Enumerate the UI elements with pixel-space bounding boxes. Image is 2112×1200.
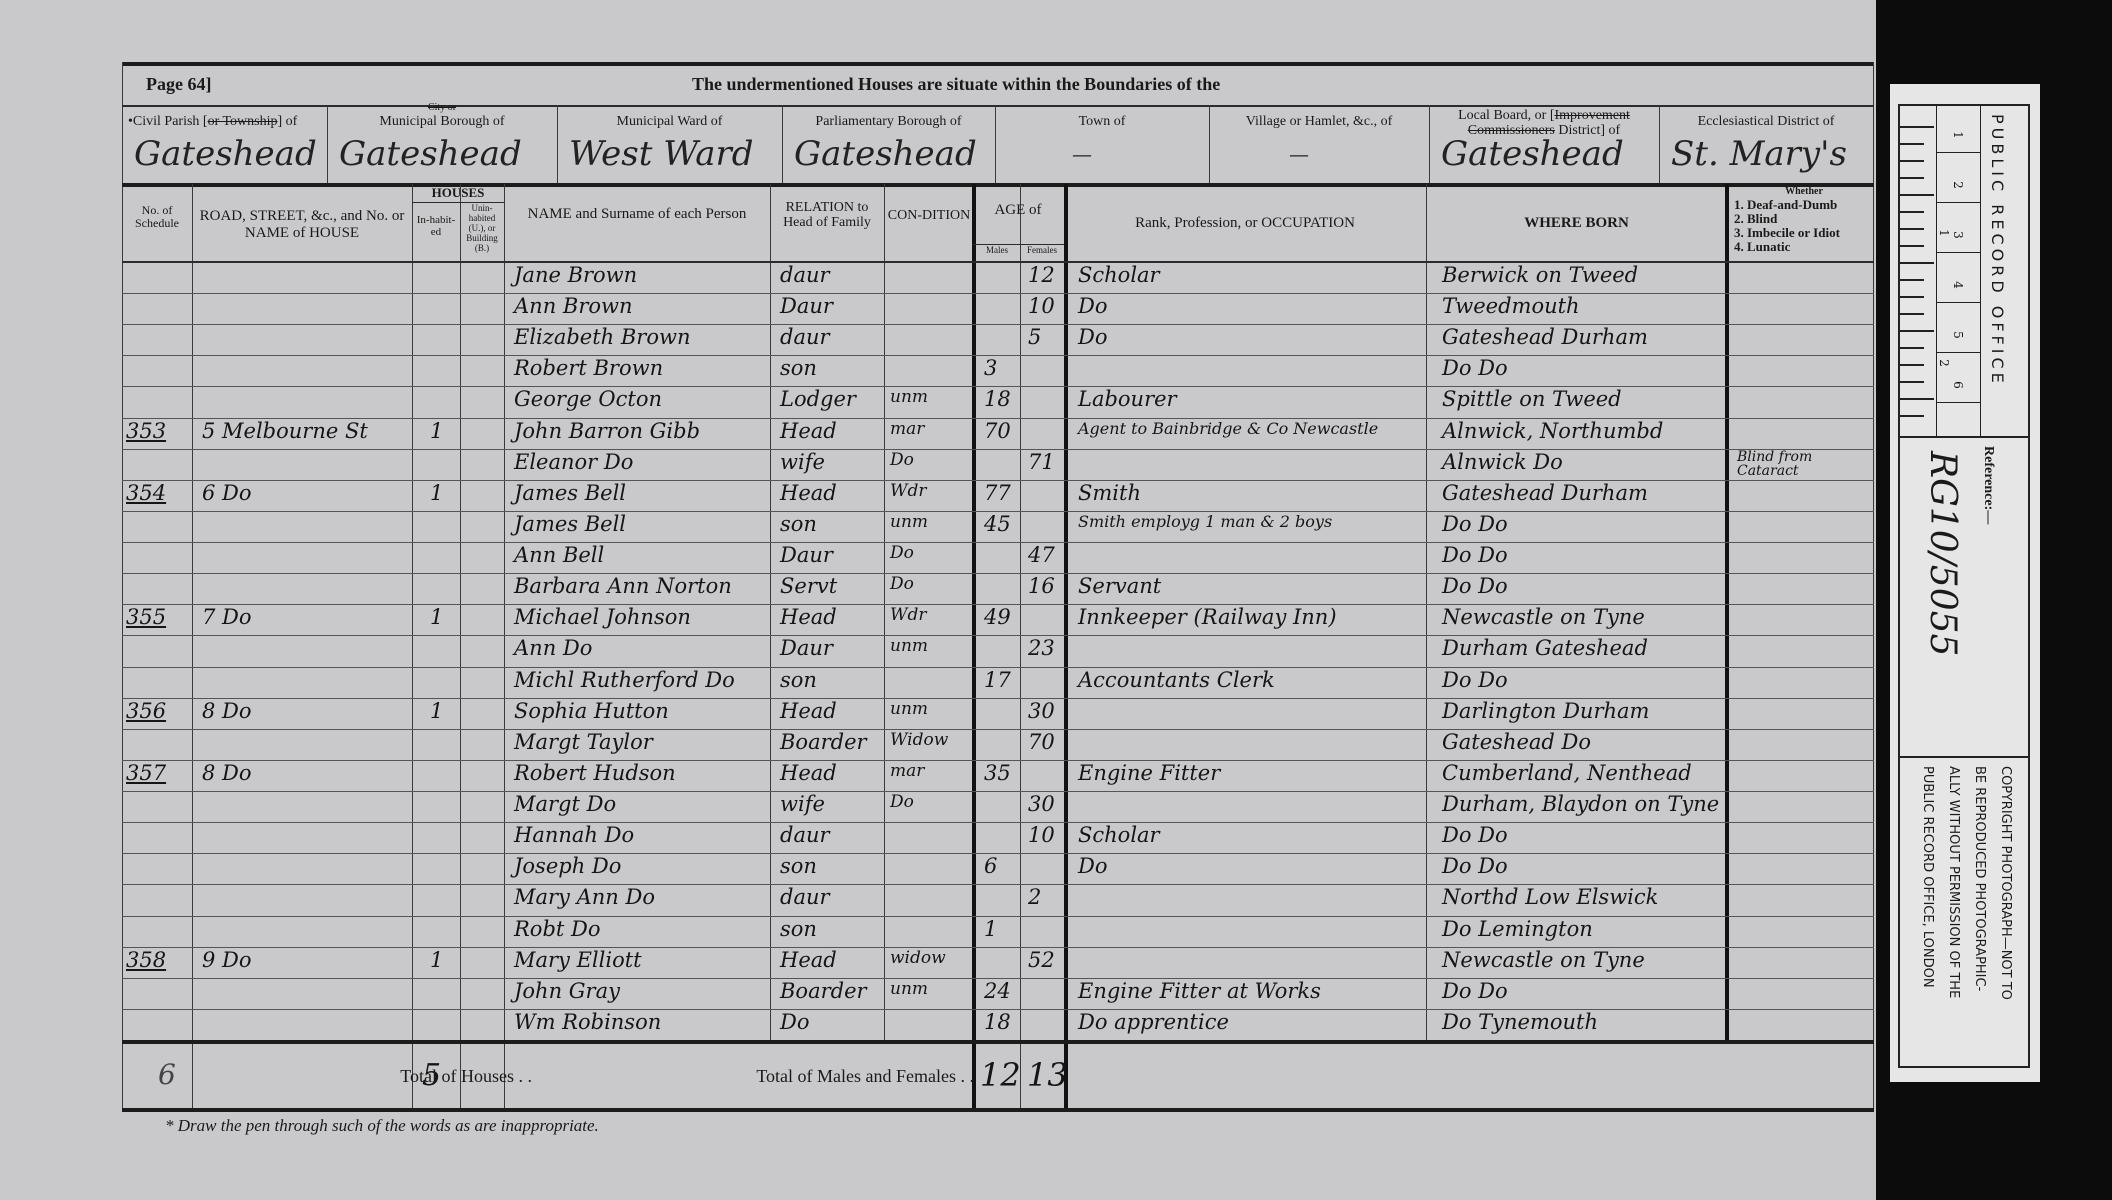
ruler-tick xyxy=(1900,245,1924,247)
boundary-label: •Civil Parish [or Township] of xyxy=(128,114,333,129)
total-houses-value: 5 xyxy=(422,1058,441,1093)
total-schedules: 6 xyxy=(158,1058,176,1091)
copyright-line: COPYRIGHT PHOTOGRAPH—NOT TO xyxy=(1998,766,2013,1000)
footnote: * Draw the pen through such of the words… xyxy=(165,1116,599,1136)
boundary-label: Ecclesiastical District of xyxy=(1659,114,1873,129)
col-condition: CON-DITION xyxy=(884,208,974,223)
age-male: 6 xyxy=(984,854,997,878)
birthplace: Northd Low Elswick xyxy=(1442,885,1658,909)
person-name: Ann Brown xyxy=(514,294,633,318)
ruler-tick xyxy=(1900,398,1934,400)
ruler-grid xyxy=(1936,202,1980,203)
birthplace: Alnwick Do xyxy=(1442,450,1563,474)
total-houses-label: Total of Houses . . xyxy=(252,1067,532,1087)
census-row: 3578 DoRobert HudsonHeadmar35Engine Fitt… xyxy=(122,760,1873,791)
ruler-number: 6 xyxy=(1951,381,1965,389)
relation: daur xyxy=(780,885,830,909)
stamp-divider xyxy=(1900,756,2028,758)
condition: unm xyxy=(890,636,928,656)
occupation: Do xyxy=(1078,294,1107,318)
birthplace: Do Do xyxy=(1442,512,1508,536)
condition: Do xyxy=(890,543,914,563)
relation: son xyxy=(780,854,817,878)
ruler-tick xyxy=(1900,347,1924,349)
boundary-label: Municipal Ward of xyxy=(557,114,782,129)
census-row: 3568 Do1Sophia HuttonHeadunm30Darlington… xyxy=(122,698,1873,729)
age-male: 35 xyxy=(984,761,1011,785)
stamp-office: PUBLIC RECORD OFFICE xyxy=(1988,114,2007,387)
birthplace: Newcastle on Tyne xyxy=(1442,948,1645,972)
person-name: Margt Do xyxy=(514,792,616,816)
person-name: George Octon xyxy=(514,387,662,411)
age-male: 18 xyxy=(984,1010,1011,1034)
ruler-tick xyxy=(1900,415,1924,417)
page-number: Page 64] xyxy=(146,74,211,95)
census-row: Ann DoDaurunm23Durham Gateshead xyxy=(122,635,1873,666)
age-female: 71 xyxy=(1028,450,1055,474)
boundary-value: Gateshead xyxy=(794,134,977,174)
ruler-tick xyxy=(1900,313,1924,315)
schedule-number: 353 xyxy=(126,419,166,443)
birthplace: Gateshead Durham xyxy=(1442,481,1648,505)
ruler-grid xyxy=(1936,402,1980,403)
relation: son xyxy=(780,917,817,941)
struck-word: or Township xyxy=(208,114,278,129)
col-occupation: Rank, Profession, or OCCUPATION xyxy=(1064,215,1426,232)
inhabited-mark: 1 xyxy=(430,481,443,505)
record-office-stamp: 12345612 PUBLIC RECORD OFFICE Reference:… xyxy=(1890,84,2040,1082)
birthplace: Spittle on Tweed xyxy=(1442,387,1622,411)
condition: unm xyxy=(890,387,928,407)
age-male: 49 xyxy=(984,605,1011,629)
age-female: 16 xyxy=(1028,574,1055,598)
census-row: Wm RobinsonDo18Do apprenticeDo Tynemouth xyxy=(122,1009,1873,1040)
person-name: James Bell xyxy=(514,512,626,536)
age-male: 18 xyxy=(984,387,1011,411)
census-row: 3557 Do1Michael JohnsonHeadWdr49Innkeepe… xyxy=(122,604,1873,635)
census-row: Hannah Dodaur10ScholarDo Do xyxy=(122,822,1873,853)
col-road: ROAD, STREET, &c., and No. or NAME of HO… xyxy=(192,208,412,241)
infirmity: Blind from Cataract xyxy=(1737,450,1857,478)
col-age: AGE of xyxy=(972,202,1064,219)
occupation: Agent to Bainbridge & Co Newcastle xyxy=(1078,419,1378,438)
relation: wife xyxy=(780,792,825,816)
relation: daur xyxy=(780,325,830,349)
person-name: John Barron Gibb xyxy=(514,419,700,443)
birthplace: Berwick on Tweed xyxy=(1442,263,1638,287)
occupation: Innkeeper (Railway Inn) xyxy=(1078,605,1337,629)
inhabited-mark: 1 xyxy=(430,699,443,723)
census-form: Page 64] The undermentioned Houses are s… xyxy=(122,62,1874,1112)
struck-word: Improvement xyxy=(1555,108,1630,123)
inhabited-mark: 1 xyxy=(430,419,443,443)
birthplace: Do Do xyxy=(1442,574,1508,598)
census-row: Mary Ann Dodaur2Northd Low Elswick xyxy=(122,884,1873,915)
ruler-tick xyxy=(1900,296,1924,298)
relation: Daur xyxy=(780,636,833,660)
age-male: 70 xyxy=(984,419,1011,443)
census-row: Ann BellDaurDo47Do Do xyxy=(122,542,1873,573)
total-males: 12 xyxy=(980,1056,1021,1094)
sheet-edge xyxy=(1876,0,1890,1200)
ruler-tick xyxy=(1900,177,1924,179)
ruler-grid xyxy=(1936,302,1980,303)
boundary-value: Gateshead xyxy=(339,134,522,174)
ruler: 12345612 xyxy=(1900,106,2028,438)
age-male: 17 xyxy=(984,668,1011,692)
ruler-tick xyxy=(1900,381,1924,383)
copyright-line: ALLY WITHOUT PERMISSION OF THE xyxy=(1946,766,1961,998)
address: 6 Do xyxy=(202,481,252,505)
age-male: 77 xyxy=(984,481,1011,505)
occupation: Engine Fitter xyxy=(1078,761,1220,785)
occupation: Do apprentice xyxy=(1078,1010,1229,1034)
address: 8 Do xyxy=(202,761,252,785)
age-female: 47 xyxy=(1028,543,1055,567)
condition: mar xyxy=(890,419,924,439)
struck-word: City or xyxy=(327,102,557,113)
occupation: Scholar xyxy=(1078,823,1160,847)
age-female: 10 xyxy=(1028,294,1055,318)
condition: Do xyxy=(890,792,914,812)
person-name: Mary Elliott xyxy=(514,948,642,972)
ruler-tick xyxy=(1900,330,1934,332)
ruler-inch: 1 xyxy=(1937,229,1951,237)
condition: unm xyxy=(890,979,928,999)
birthplace: Do Lemington xyxy=(1442,917,1593,941)
birthplace: Do Do xyxy=(1442,979,1508,1003)
birthplace: Do Do xyxy=(1442,356,1508,380)
total-people-label: Total of Males and Females . . xyxy=(582,1067,974,1087)
census-row: John GrayBoarderunm24Engine Fitter at Wo… xyxy=(122,978,1873,1009)
schedule-number: 357 xyxy=(126,761,166,785)
boundary-value: St. Mary's xyxy=(1671,134,1847,174)
stamp-frame: 12345612 PUBLIC RECORD OFFICE Reference:… xyxy=(1898,104,2030,1068)
occupation: Smith xyxy=(1078,481,1141,505)
birthplace: Do Tynemouth xyxy=(1442,1010,1598,1034)
ruler-grid xyxy=(1936,352,1980,353)
person-name: Elizabeth Brown xyxy=(514,325,690,349)
census-row: 3589 Do1Mary ElliottHeadwidow52Newcastle… xyxy=(122,947,1873,978)
ruler-number: 3 xyxy=(1951,231,1965,239)
person-name: Ann Do xyxy=(514,636,592,660)
relation: daur xyxy=(780,823,830,847)
bottom-rule xyxy=(122,1108,1874,1112)
ruler-tick xyxy=(1900,262,1934,264)
age-female: 70 xyxy=(1028,730,1055,754)
condition: mar xyxy=(890,761,924,781)
col-relation: RELATION to Head of Family xyxy=(770,200,884,231)
relation: Head xyxy=(780,699,837,723)
condition: unm xyxy=(890,512,928,532)
census-row: Barbara Ann NortonServtDo16ServantDo Do xyxy=(122,573,1873,604)
person-name: Hannah Do xyxy=(514,823,634,847)
ruler-number: 1 xyxy=(1951,131,1965,139)
condition: Wdr xyxy=(890,481,926,501)
schedule-number: 358 xyxy=(126,948,166,972)
col-houses: HOUSES xyxy=(412,186,504,200)
age-male: 45 xyxy=(984,512,1011,536)
condition: Do xyxy=(890,574,914,594)
boundary-label: Municipal Borough of xyxy=(327,114,557,129)
age-female: 30 xyxy=(1028,792,1055,816)
totals-top-rule xyxy=(122,1040,1874,1044)
birthplace: Gateshead Durham xyxy=(1442,325,1648,349)
census-row: Michl Rutherford Doson17Accountants Cler… xyxy=(122,667,1873,698)
ruler-tick xyxy=(1900,364,1924,366)
ruler-number: 2 xyxy=(1951,181,1965,189)
ruler-grid xyxy=(1936,152,1980,153)
condition: unm xyxy=(890,699,928,719)
schedule-number: 356 xyxy=(126,699,166,723)
boundaries-rule xyxy=(122,183,1874,187)
col-where-born: WHERE BORN xyxy=(1426,215,1727,232)
birthplace: Gateshead Do xyxy=(1442,730,1591,754)
birthplace: Durham, Blaydon on Tyne xyxy=(1442,792,1719,816)
address: 5 Melbourne St xyxy=(202,419,368,443)
relation: Head xyxy=(780,419,837,443)
address: 8 Do xyxy=(202,699,252,723)
census-row: Margt TaylorBoarderWidow70Gateshead Do xyxy=(122,729,1873,760)
birthplace: Darlington Durham xyxy=(1442,699,1649,723)
census-row: Ann BrownDaur10DoTweedmouth xyxy=(122,293,1873,324)
reference-label: Reference:— xyxy=(1980,446,1996,524)
birthplace: Alnwick, Northumbd xyxy=(1442,419,1663,443)
person-name: Joseph Do xyxy=(514,854,621,878)
age-male: 3 xyxy=(984,356,997,380)
person-name: Jane Brown xyxy=(514,263,637,287)
census-row: 3535 Melbourne St1John Barron GibbHeadma… xyxy=(122,418,1873,449)
boundary-value: West Ward xyxy=(569,134,754,174)
census-row: Robt Doson1Do Lemington xyxy=(122,916,1873,947)
age-female: 12 xyxy=(1028,263,1055,287)
boundary-label: Parliamentary Borough of xyxy=(782,114,995,129)
ruler-divider xyxy=(1980,106,1981,436)
top-rule xyxy=(122,62,1874,66)
birthplace: Durham Gateshead xyxy=(1442,636,1648,660)
condition: Do xyxy=(890,450,914,470)
copyright-line: PUBLIC RECORD OFFICE, LONDON xyxy=(1920,766,1935,988)
boundary-value: Gateshead xyxy=(1441,134,1624,174)
copyright-notice: COPYRIGHT PHOTOGRAPH—NOT TOBE REPRODUCED… xyxy=(1906,766,2024,1061)
boundary-value: — xyxy=(1289,142,1309,166)
relation: wife xyxy=(780,450,825,474)
copyright-line: BE REPRODUCED PHOTOGRAPHIC- xyxy=(1972,766,1987,991)
census-row: Eleanor DowifeDo71Alnwick DoBlind from C… xyxy=(122,449,1873,480)
occupation: Do xyxy=(1078,325,1107,349)
age-female: 2 xyxy=(1028,885,1041,909)
census-row: Elizabeth Browndaur5DoGateshead Durham xyxy=(122,324,1873,355)
age-female: 5 xyxy=(1028,325,1041,349)
person-name: Sophia Hutton xyxy=(514,699,669,723)
relation: Head xyxy=(780,481,837,505)
address: 7 Do xyxy=(202,605,252,629)
age-male: 1 xyxy=(984,917,997,941)
age-female: 23 xyxy=(1028,636,1055,660)
relation: Daur xyxy=(780,294,833,318)
reference-value: RG10/5055 xyxy=(1922,451,1963,656)
census-row: 3546 Do1James BellHeadWdr77SmithGateshea… xyxy=(122,480,1873,511)
col-inhabited: In-habit-ed xyxy=(412,214,460,238)
occupation: Servant xyxy=(1078,574,1161,598)
person-name: Wm Robinson xyxy=(514,1010,661,1034)
ruler-tick xyxy=(1900,126,1934,128)
person-name: James Bell xyxy=(514,481,626,505)
condition: Wdr xyxy=(890,605,926,625)
relation: son xyxy=(780,668,817,692)
person-name: Margt Taylor xyxy=(514,730,653,754)
col-whether-title: Whether xyxy=(1734,186,1874,197)
address: 9 Do xyxy=(202,948,252,972)
birthplace: Do Do xyxy=(1442,854,1508,878)
condition: Widow xyxy=(890,730,948,750)
census-sheet: Page 64] The undermentioned Houses are s… xyxy=(0,0,1880,1200)
ruler-tick xyxy=(1900,160,1924,162)
birthplace: Cumberland, Nenthead xyxy=(1442,761,1692,785)
age-female: 52 xyxy=(1028,948,1055,972)
ruler-divider xyxy=(1936,106,1937,436)
occupation: Smith employg 1 man & 2 boys xyxy=(1078,512,1332,531)
ruler-number: 4 xyxy=(1951,281,1965,289)
relation: Head xyxy=(780,761,837,785)
ruler-grid xyxy=(1936,252,1980,253)
relation: Boarder xyxy=(780,730,867,754)
occupation: Do xyxy=(1078,854,1107,878)
boundary-value: Gateshead xyxy=(134,134,317,174)
census-row: James Bellsonunm45Smith employg 1 man & … xyxy=(122,511,1873,542)
census-row: Margt DowifeDo30Durham, Blaydon on Tyne xyxy=(122,791,1873,822)
relation: Boarder xyxy=(780,979,867,1003)
ruler-inch: 2 xyxy=(1937,359,1951,367)
person-name: John Gray xyxy=(514,979,620,1003)
birthplace: Do Do xyxy=(1442,543,1508,567)
col-whether-item: 4. Lunatic xyxy=(1734,240,1884,254)
relation: Servt xyxy=(780,574,837,598)
relation: Head xyxy=(780,605,837,629)
birthplace: Do Do xyxy=(1442,668,1508,692)
person-name: Mary Ann Do xyxy=(514,885,655,909)
age-male: 24 xyxy=(984,979,1011,1003)
total-females: 13 xyxy=(1027,1056,1068,1094)
inhabited-mark: 1 xyxy=(430,948,443,972)
person-name: Robert Brown xyxy=(514,356,663,380)
person-name: Eleanor Do xyxy=(514,450,633,474)
ruler-tick xyxy=(1900,211,1924,213)
person-name: Robert Hudson xyxy=(514,761,676,785)
occupation: Accountants Clerk xyxy=(1078,668,1275,692)
ruler-tick xyxy=(1900,228,1924,230)
col-males: Males xyxy=(974,246,1020,256)
col-females: Females xyxy=(1020,246,1064,256)
boundary-value: — xyxy=(1072,142,1092,166)
relation: son xyxy=(780,356,817,380)
inhabited-mark: 1 xyxy=(430,605,443,629)
birthplace: Tweedmouth xyxy=(1442,294,1580,318)
ruler-tick xyxy=(1900,194,1934,196)
schedule-number: 354 xyxy=(126,481,166,505)
occupation: Engine Fitter at Works xyxy=(1078,979,1321,1003)
relation: daur xyxy=(780,263,830,287)
relation: Daur xyxy=(780,543,833,567)
schedule-number: 355 xyxy=(126,605,166,629)
col-uninhabited: Unin-habited (U.), or Building (B.) xyxy=(460,204,504,253)
ruler-tick xyxy=(1900,279,1924,281)
birthplace: Do Do xyxy=(1442,823,1508,847)
age-female: 30 xyxy=(1028,699,1055,723)
condition: widow xyxy=(890,948,946,968)
person-name: Robt Do xyxy=(514,917,601,941)
person-name: Barbara Ann Norton xyxy=(514,574,732,598)
ruler-number: 5 xyxy=(1951,331,1965,339)
occupation: Labourer xyxy=(1078,387,1177,411)
page-heading: The undermentioned Houses are situate wi… xyxy=(692,74,1220,95)
census-row: Joseph Doson6DoDo Do xyxy=(122,853,1873,884)
occupation: Scholar xyxy=(1078,263,1160,287)
birthplace: Newcastle on Tyne xyxy=(1442,605,1645,629)
ruler-tick xyxy=(1900,143,1924,145)
census-row: George OctonLodgerunm18LabourerSpittle o… xyxy=(122,386,1873,417)
person-name: Michael Johnson xyxy=(514,605,691,629)
boundary-label: Village or Hamlet, &c., of xyxy=(1209,114,1429,129)
census-row: Robert Brownson3Do Do xyxy=(122,355,1873,386)
census-row: Jane Browndaur12ScholarBerwick on Tweed xyxy=(122,262,1873,293)
relation: Head xyxy=(780,948,837,972)
person-name: Michl Rutherford Do xyxy=(514,668,735,692)
person-name: Ann Bell xyxy=(514,543,604,567)
relation: Lodger xyxy=(780,387,856,411)
relation: son xyxy=(780,512,817,536)
boundary-label: Town of xyxy=(995,114,1209,129)
col-schedule: No. of Schedule xyxy=(122,204,192,230)
age-female: 10 xyxy=(1028,823,1055,847)
col-name: NAME and Surname of each Person xyxy=(504,206,770,223)
relation: Do xyxy=(780,1010,809,1034)
